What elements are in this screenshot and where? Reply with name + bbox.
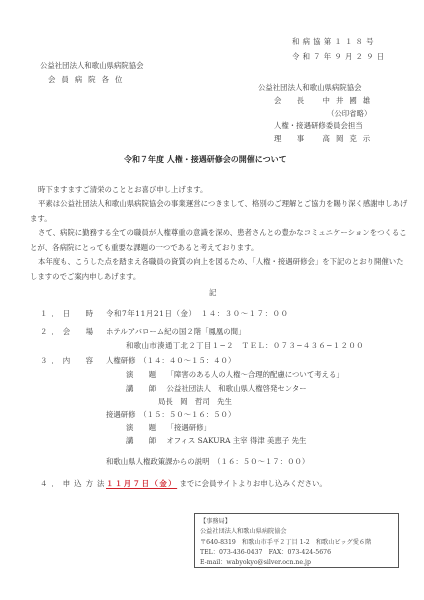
item-content-label: ３．内 容: [40, 357, 97, 364]
president-name: 中井國雄: [323, 96, 377, 105]
recipient-to: 会員病院各位: [48, 76, 128, 83]
body-paragraph-3: さて、病院に勤務する全ての職員が人権尊重の意識を深め、患者さんとの豊かなコミュニ…: [30, 226, 410, 255]
seal-note: （公印省略）: [327, 110, 371, 117]
contact-box: 【事務局】 公益社団法人和歌山県病院協会 〒640-8319 和歌山市手平２丁目…: [194, 513, 399, 568]
session3-name: 和歌山県人権政策課からの説明 （１６：５０～１７：００）: [106, 458, 309, 465]
sender-director: 理 事 高岡克示: [274, 135, 376, 142]
director-title: 理 事: [274, 134, 308, 143]
document-number: 和病協第１１８号: [292, 38, 377, 45]
apply-text: までに会員サイトよりお申し込みください。: [180, 479, 327, 488]
session1-topic: 演 題 「障害のある人の人権～合理的配慮について考える」: [126, 371, 344, 378]
session1-name: 人権研修 （１４：４０～１５：４０）: [106, 357, 235, 364]
contact-email[interactable]: E-mail：wabyokyo@silver.ocn.ne.jp: [200, 558, 393, 568]
contact-heading: 【事務局】: [200, 517, 393, 527]
body-paragraph-2: 平素は公益社団法人和歌山県病院協会の事業運営につきまして、格別のご理解とご協力を…: [30, 197, 410, 226]
deadline-date: １１月７日（金）: [106, 479, 177, 488]
body-paragraph-1: 時下ますますご清栄のこととお喜び申し上げます。: [30, 183, 410, 198]
sender-president: 会 長 中井國雄: [274, 97, 376, 104]
body-paragraph-4: 本年度も、こうした点を踏まえ各職員の資質の向上を図るため、「人権・接遇研修会」を…: [30, 255, 410, 284]
item-apply-label: ４．申込方法: [40, 480, 108, 487]
president-title: 会 長: [274, 96, 308, 105]
item-venue-label: ２．会 場: [40, 328, 97, 335]
item-date-label: １．日 時: [40, 310, 97, 317]
contact-tel-fax: TEL：073-436-0437 FAX：073-424-5676: [200, 548, 393, 558]
contact-org: 公益社団法人和歌山県病院協会: [200, 527, 393, 537]
session2-lecturer: 講 師 オフィス SAKURA 主宰 得津 美恵子 先生: [126, 437, 306, 444]
ki-heading: 記: [209, 289, 216, 296]
contact-address: 〒640-8319 和歌山市手平２丁目 1-2 和歌山ビッグ愛６階: [200, 538, 393, 548]
item-apply-value: １１月７日（金） までに会員サイトよりお申し込みください。: [106, 480, 327, 487]
session2-topic: 演 題 「接遇研修」: [126, 424, 211, 431]
item-date-value: 令和7年11月21日（金） １４：３０～１７：００: [106, 310, 289, 317]
item-venue-value: ホテルアバローム紀の国２階「鳳凰の間」: [106, 328, 245, 335]
sender-org: 公益社団法人和歌山県病院協会: [258, 84, 361, 91]
session1-lecturer: 講 師 公益社団法人 和歌山県人権啓発センター: [126, 385, 307, 392]
committee: 人権・接遇研修委員会担当: [274, 122, 363, 129]
session1-lecturer-name: 局長 岡 哲司 先生: [158, 398, 232, 405]
document-title: 令和７年度 人権・接遇研修会の開催について: [124, 156, 287, 164]
document-date: 令和７年９月２９日: [292, 53, 387, 60]
item-venue-address: 和歌山市湊通丁北２丁目１−２ ＴＥＬ：０７３−４３６−１２００: [126, 342, 364, 349]
recipient-org: 公益社団法人和歌山県病院協会: [40, 62, 143, 69]
session2-name: 接遇研修 （１５：５０～１６：５０）: [106, 411, 235, 418]
director-name: 高岡克示: [323, 134, 377, 143]
